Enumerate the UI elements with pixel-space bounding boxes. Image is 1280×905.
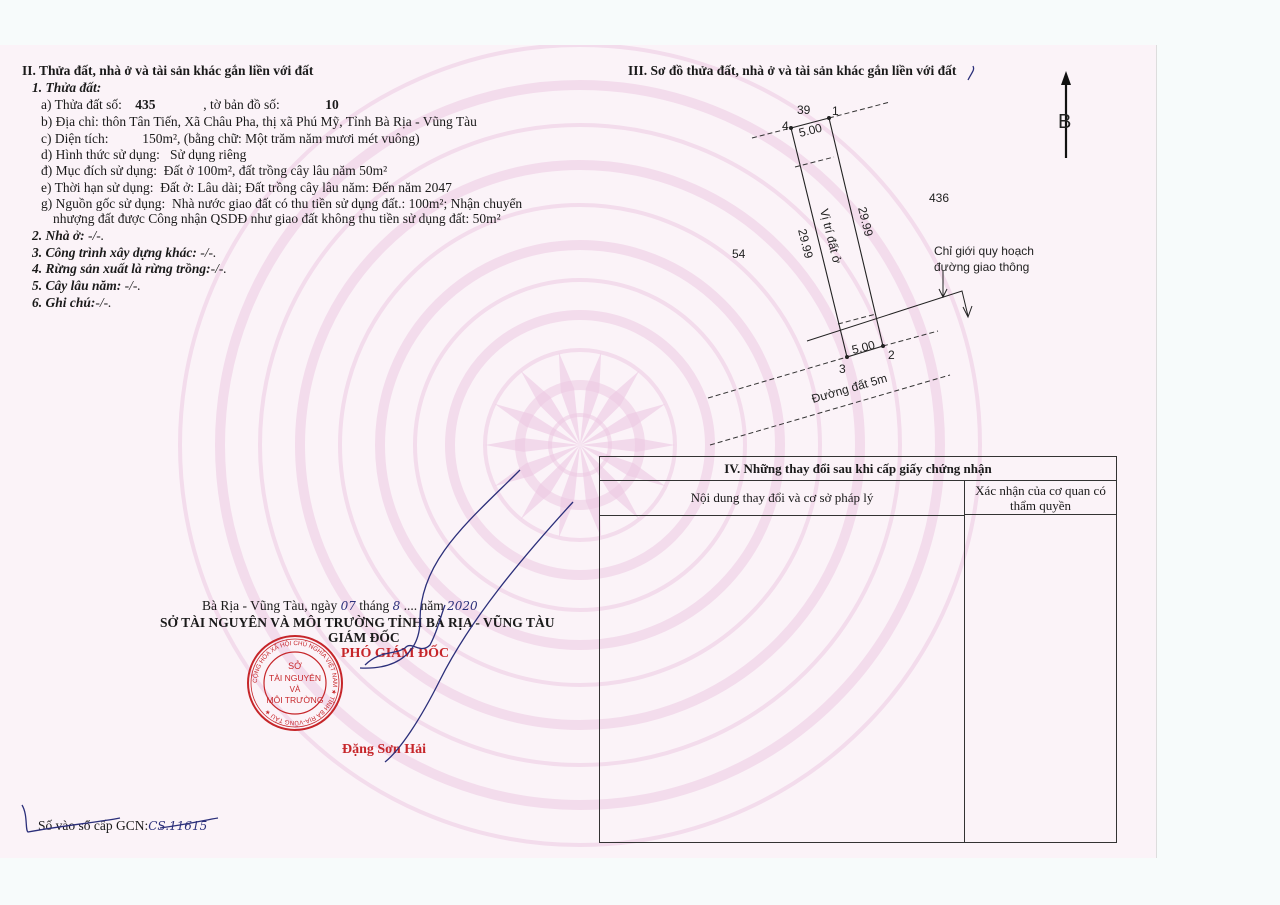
date-month: 8 <box>393 599 401 613</box>
official-stamp: CỘNG HÒA XÃ HỘI CHỦ NGHĨA VIỆT NAM ★ TỈN… <box>245 633 345 733</box>
svg-text:VÀ: VÀ <box>290 685 301 694</box>
svg-text:CỘNG HÒA XÃ HỘI CHỦ NGHĨA VIỆT: CỘNG HÒA XÃ HỘI CHỦ NGHĨA VIỆT NAM ★ TỈN… <box>252 640 338 726</box>
svg-text:Vị trí đất ở: Vị trí đất ở <box>817 207 844 265</box>
deputy-role: PHÓ GIÁM ĐỐC <box>341 646 449 662</box>
svg-text:MÔI TRƯỜNG: MÔI TRƯỜNG <box>267 695 324 705</box>
svg-text:SỞ: SỞ <box>288 660 302 671</box>
svg-text:Đường đất 5m: Đường đất 5m <box>810 371 889 406</box>
svg-text:4: 4 <box>782 119 789 133</box>
changes-column-content: Nội dung thay đổi và cơ sở pháp lý <box>600 481 964 516</box>
date-day: 07 <box>341 599 356 613</box>
date-year: 2020 <box>447 599 478 613</box>
svg-text:29.99: 29.99 <box>795 227 816 260</box>
svg-text:Chỉ giới quy hoạch: Chỉ giới quy hoạch <box>934 244 1034 258</box>
issuing-agency: SỞ TÀI NGUYÊN VÀ MÔI TRƯỜNG TỈNH BÀ RỊA … <box>160 615 554 631</box>
column-divider <box>964 481 965 843</box>
changes-table: IV. Những thay đổi sau khi cấp giấy chứn… <box>599 456 1117 843</box>
svg-text:TÀI NGUYÊN: TÀI NGUYÊN <box>269 673 321 683</box>
svg-text:436: 436 <box>929 191 949 205</box>
svg-text:B: B <box>1058 111 1071 133</box>
place-date: Bà Rịa - Vũng Tàu, ngày 07 tháng 8 .... … <box>202 598 478 614</box>
registry-number: Số vào sổ cấp GCN:CS.11615 <box>38 818 207 834</box>
svg-text:đường giao thông: đường giao thông <box>934 260 1029 274</box>
svg-text:29.99: 29.99 <box>855 205 876 238</box>
svg-text:2: 2 <box>888 348 895 362</box>
svg-text:5.00: 5.00 <box>797 121 823 140</box>
changes-column-confirmation: Xác nhận của cơ quan có thẩm quyền <box>965 481 1116 515</box>
registry-value: CS.11615 <box>148 819 207 833</box>
svg-text:5.00: 5.00 <box>850 338 876 357</box>
svg-text:39: 39 <box>797 103 811 117</box>
north-arrow-icon: B <box>1058 71 1071 158</box>
changes-table-title: IV. Những thay đổi sau khi cấp giấy chứn… <box>600 457 1116 481</box>
svg-text:1: 1 <box>832 104 839 118</box>
signer-name: Đặng Sơn Hải <box>342 742 426 758</box>
svg-text:54: 54 <box>732 247 746 261</box>
certificate-page: II. Thửa đất, nhà ở và tài sản khác gắn … <box>0 45 1157 858</box>
svg-text:3: 3 <box>839 362 846 376</box>
